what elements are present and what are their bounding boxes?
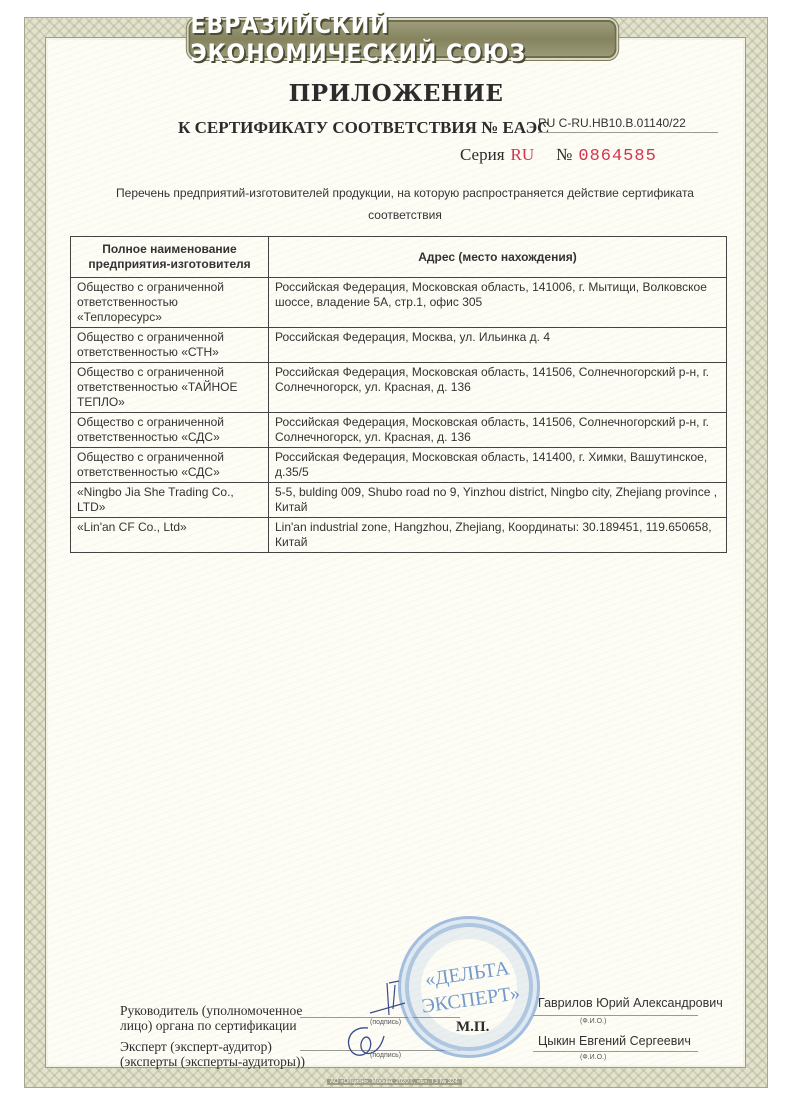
form-number: 0864585 (578, 147, 656, 166)
expert-fio-caption: (Ф.И.О.) (580, 1054, 606, 1061)
manufacturer-name: Общество с ограниченной ответственностью… (71, 448, 269, 483)
table-row: Общество с ограниченной ответственностью… (71, 363, 727, 413)
manufacturer-name: Общество с ограниченной ответственностью… (71, 278, 269, 328)
manufacturer-address: Российская Федерация, Московская область… (269, 413, 727, 448)
table-row: Общество с ограниченной ответственностью… (71, 328, 727, 363)
document-title: ПРИЛОЖЕНИЕ (0, 80, 792, 107)
manufacturer-address: Российская Федерация, Московская область… (269, 278, 727, 328)
expert-label: Эксперт (эксперт-аудитор) (эксперты (экс… (120, 1039, 305, 1069)
manufacturer-address: Российская Федерация, Москва, ул. Ильинк… (269, 328, 727, 363)
head-fio-caption: (Ф.И.О.) (580, 1018, 606, 1025)
table-header-row: Полное наименование предприятия-изготови… (71, 237, 727, 278)
head-label-line-1: Руководитель (уполномоченное (120, 1003, 302, 1018)
printer-imprint: АО «Опцион», Москва, 2020 г., «Б», ТЗ № … (327, 1079, 462, 1085)
head-label-line-2: лицо) органа по сертификации (120, 1018, 302, 1033)
table-row: Общество с ограниченной ответственностью… (71, 448, 727, 483)
table-row: Общество с ограниченной ответственностью… (71, 278, 727, 328)
table-row: «Ningbo Jia She Trading Co., LTD»5-5, bu… (71, 483, 727, 518)
manufacturer-name: Общество с ограниченной ответственностью… (71, 328, 269, 363)
number-label: № (556, 145, 572, 164)
table-row: Общество с ограниченной ответственностью… (71, 413, 727, 448)
manufacturer-name: Общество с ограниченной ответственностью… (71, 363, 269, 413)
series-label: Серия (460, 145, 505, 164)
manufacturer-address: Lin'an industrial zone, Hangzhou, Zhejia… (269, 518, 727, 553)
head-label: Руководитель (уполномоченное лицо) орган… (120, 1003, 302, 1033)
manufacturer-address: Российская Федерация, Московская область… (269, 448, 727, 483)
expert-name-line (533, 1051, 698, 1052)
header-address: Адрес (место нахождения) (269, 237, 727, 278)
manufacturer-name: «Lin'an CF Co., Ltd» (71, 518, 269, 553)
head-signature (365, 975, 425, 1020)
intro-line-2: соответствия (100, 204, 710, 226)
series-line: СерияRU№0864585 (460, 145, 657, 166)
manufacturer-name: Общество с ограниченной ответственностью… (71, 413, 269, 448)
series-value: RU (511, 145, 535, 164)
stamp-place-label: М.П. (456, 1019, 489, 1036)
head-name-line (533, 1015, 698, 1016)
intro-text: Перечень предприятий-изготовителей проду… (100, 182, 710, 226)
expert-full-name: Цыкин Евгений Сергеевич (538, 1034, 691, 1048)
table-row: «Lin'an CF Co., Ltd»Lin'an industrial zo… (71, 518, 727, 553)
expert-label-line-2: (эксперты (эксперты-аудиторы)) (120, 1054, 305, 1069)
certificate-label: К СЕРТИФИКАТУ СООТВЕТСТВИЯ № ЕАЭС (178, 118, 549, 138)
expert-label-line-1: Эксперт (эксперт-аудитор) (120, 1039, 305, 1054)
intro-line-1: Перечень предприятий-изготовителей проду… (100, 182, 710, 204)
certificate-number: RU C-RU.HB10.B.01140/22 (538, 116, 718, 133)
manufacturer-name: «Ningbo Jia She Trading Co., LTD» (71, 483, 269, 518)
manufacturers-table: Полное наименование предприятия-изготови… (70, 236, 727, 553)
header-name: Полное наименование предприятия-изготови… (71, 237, 269, 278)
manufacturer-address: 5-5, bulding 009, Shubo road no 9, Yinzh… (269, 483, 727, 518)
manufacturer-address: Российская Федерация, Московская область… (269, 363, 727, 413)
union-banner: ЕВРАЗИЙСКИЙ ЭКОНОМИЧЕСКИЙ СОЮЗ (189, 20, 617, 58)
head-full-name: Гаврилов Юрий Александрович (538, 996, 723, 1010)
expert-signature (340, 1022, 390, 1062)
